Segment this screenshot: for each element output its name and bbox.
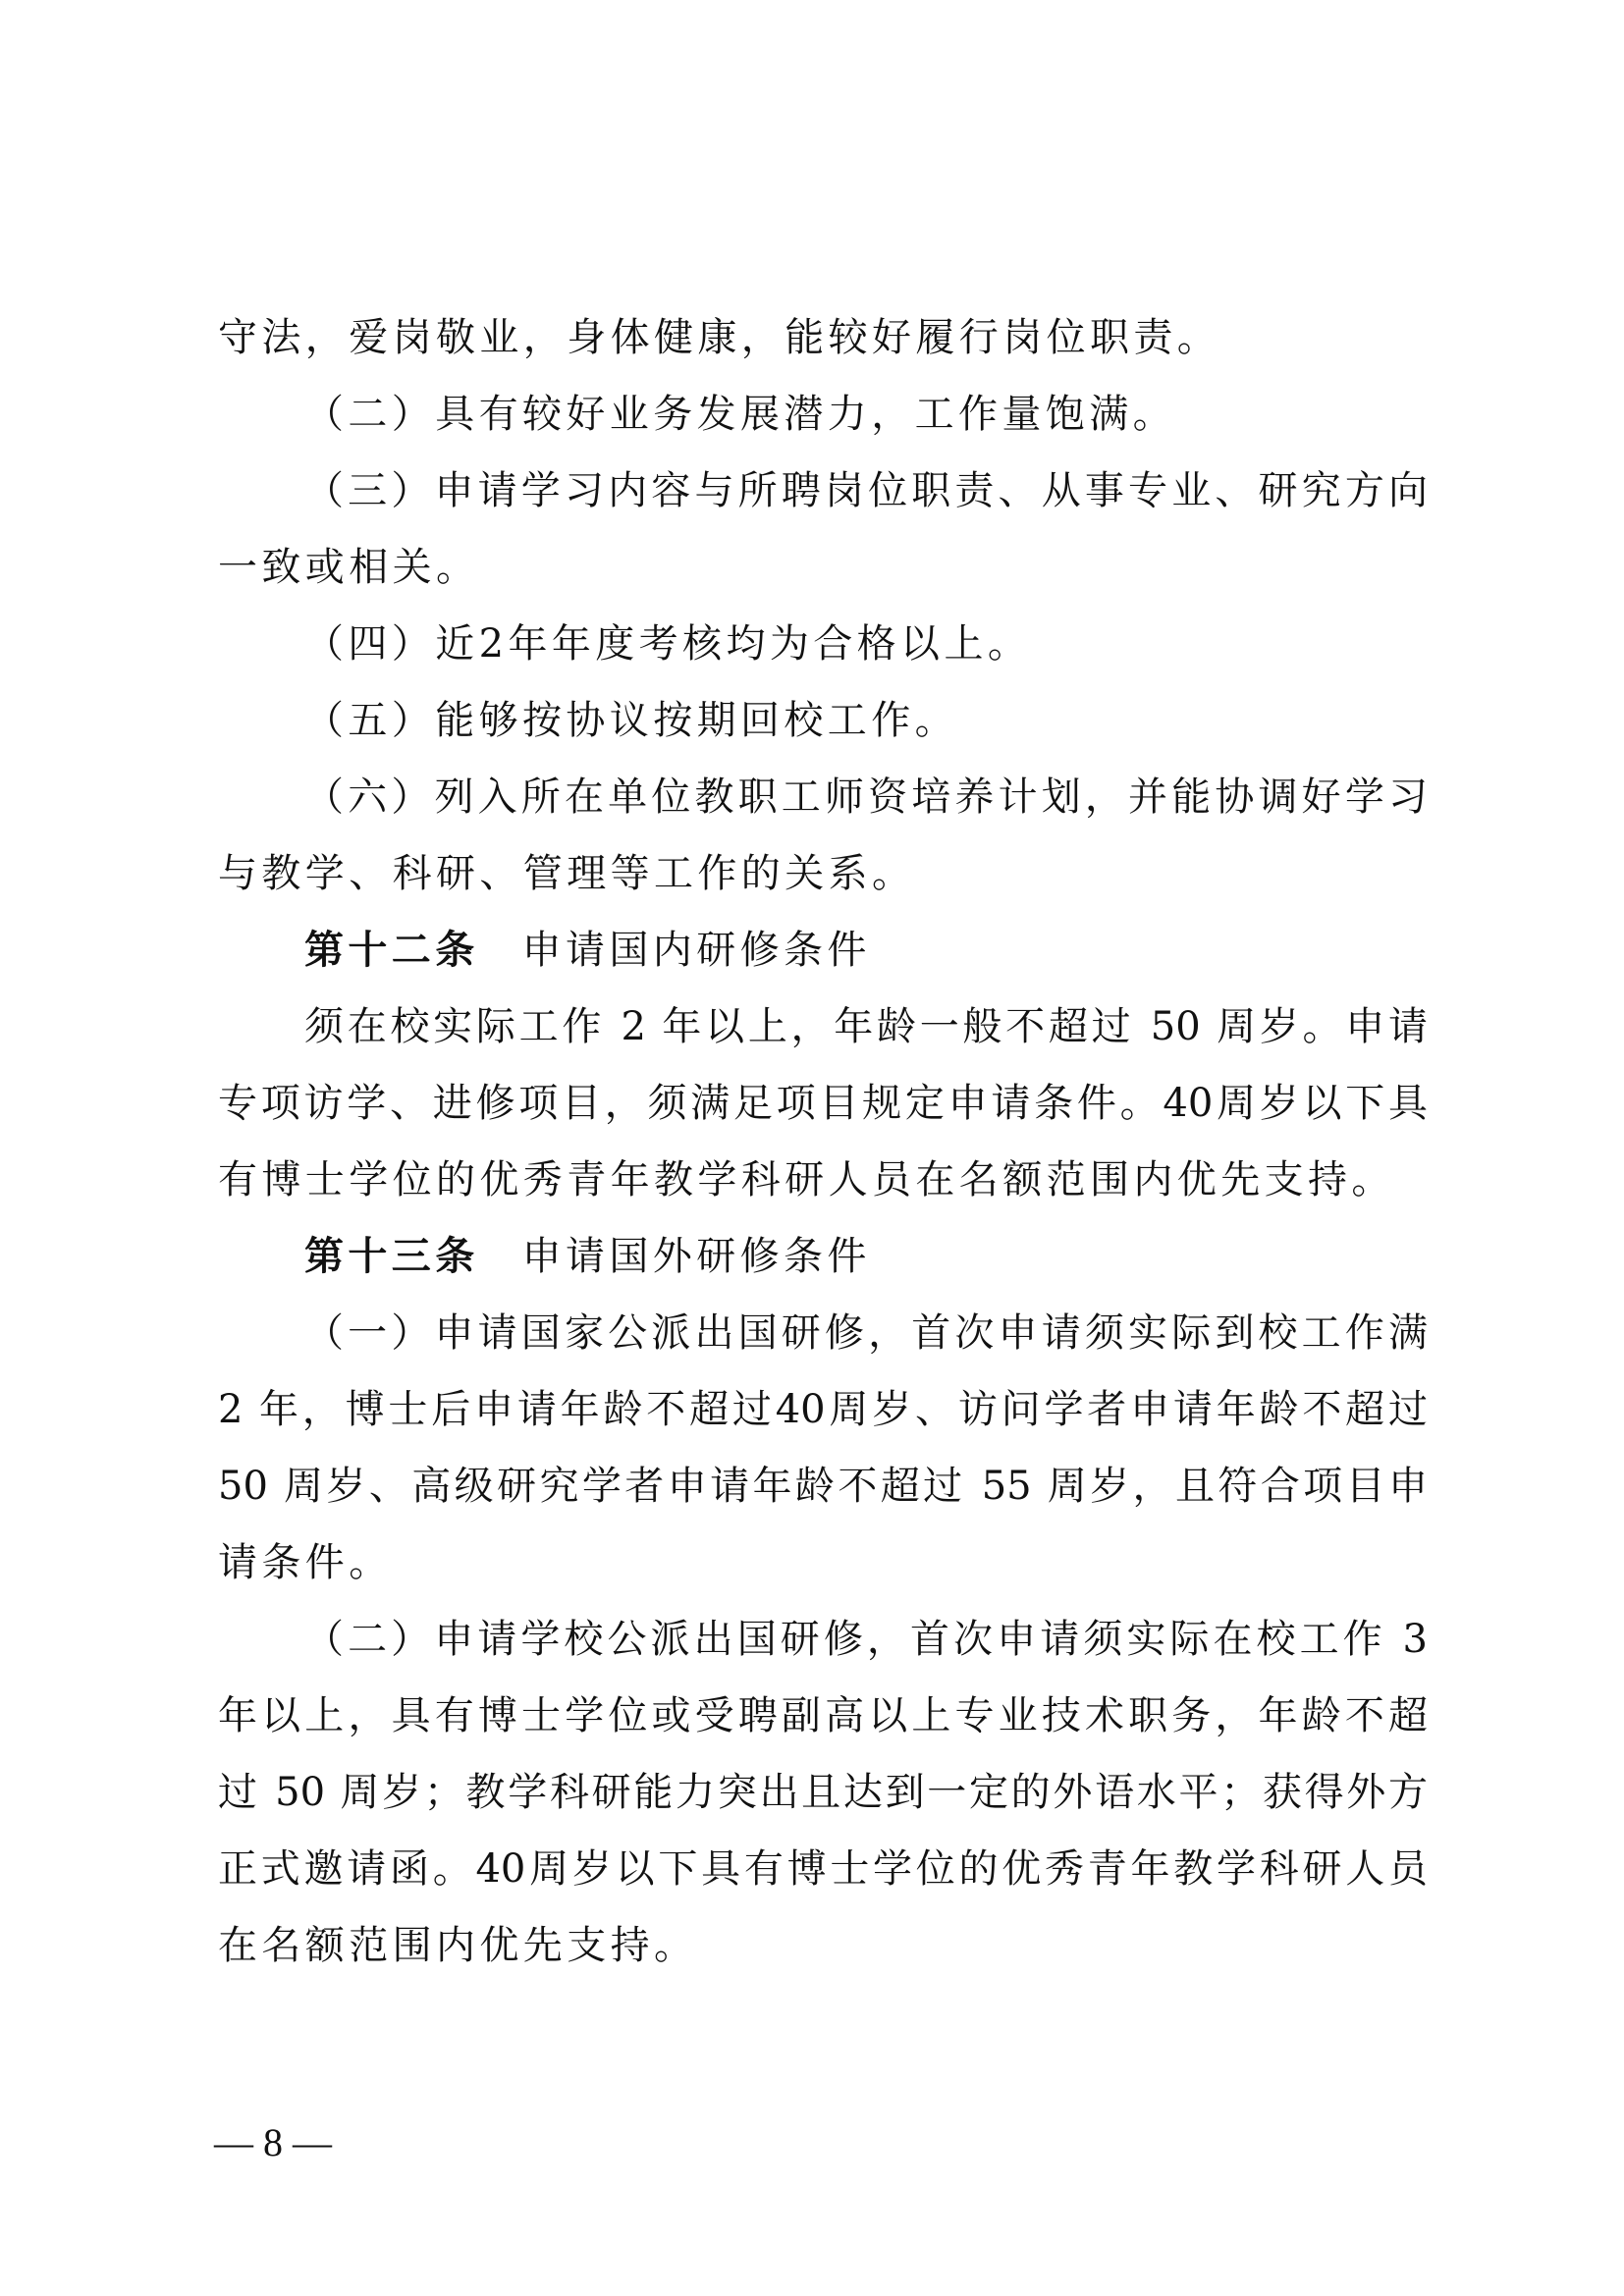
article-13-line: 正式邀请函。40周岁以下具有博士学位的优秀青年教学科研人员	[218, 1840, 1428, 1898]
article-13-line: 2 年，博士后申请年龄不超过40周岁、访问学者申请年龄不超过	[218, 1380, 1428, 1439]
list-item-5: （五）能够按协议按期回校工作。	[304, 691, 1428, 750]
document-page: 守法，爱岗敬业，身体健康，能较好履行岗位职责。 （二）具有较好业务发展潜力，工作…	[0, 0, 1624, 2296]
article-13-line: 请条件。	[218, 1533, 1428, 1592]
article-title: 申请国内研修条件	[522, 928, 871, 973]
article-13-line: （二）申请学校公派出国研修，首次申请须实际在校工作 3	[304, 1610, 1428, 1669]
article-12-line: 专项访学、进修项目，须满足项目规定申请条件。40周岁以下具	[218, 1074, 1428, 1133]
list-item-2: （二）具有较好业务发展潜力，工作量饱满。	[304, 385, 1428, 444]
article-13-line: 在名额范围内优先支持。	[218, 1916, 1428, 1975]
article-13-heading: 第十三条申请国外研修条件	[304, 1227, 1428, 1286]
article-number: 第十三条	[304, 1234, 479, 1279]
article-title: 申请国外研修条件	[522, 1234, 871, 1279]
list-item-3: （三）申请学习内容与所聘岗位职责、从事专业、研究方向	[304, 461, 1428, 520]
article-13-line: （一）申请国家公派出国研修，首次申请须实际到校工作满	[304, 1304, 1428, 1362]
page-number: — 8 —	[214, 2118, 332, 2167]
paragraph-line: 与教学、科研、管理等工作的关系。	[218, 844, 1428, 903]
article-13-line: 过 50 周岁；教学科研能力突出且达到一定的外语水平；获得外方	[218, 1763, 1428, 1822]
paragraph-line: 一致或相关。	[218, 538, 1428, 597]
list-item-6: （六）列入所在单位教职工师资培养计划，并能协调好学习	[304, 768, 1428, 827]
paragraph-line: 守法，爱岗敬业，身体健康，能较好履行岗位职责。	[218, 308, 1428, 367]
article-13-line: 年以上，具有博士学位或受聘副高以上专业技术职务，年龄不超	[218, 1686, 1428, 1745]
article-12-heading: 第十二条申请国内研修条件	[304, 921, 1428, 980]
list-item-4: （四）近2年年度考核均为合格以上。	[304, 614, 1428, 673]
article-12-line: 有博士学位的优秀青年教学科研人员在名额范围内优先支持。	[218, 1150, 1428, 1209]
article-12-line: 须在校实际工作 2 年以上，年龄一般不超过 50 周岁。申请	[304, 997, 1428, 1056]
article-number: 第十二条	[304, 928, 479, 973]
article-13-line: 50 周岁、高级研究学者申请年龄不超过 55 周岁，且符合项目申	[218, 1457, 1428, 1516]
